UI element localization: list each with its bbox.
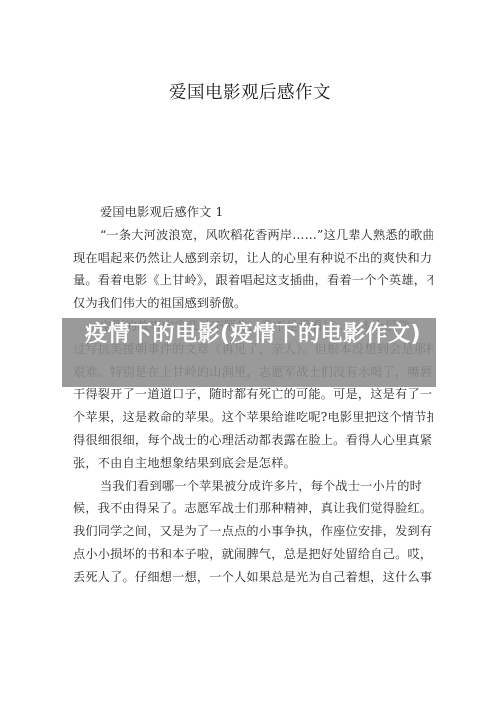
text-line: 得很细很细，每个战士的心理活动都表露在脸上。看得人心里真紧 <box>73 429 433 452</box>
text-line: 个苹果，这是救命的苹果。这个苹果给谁吃呢?电影里把这个情节拍 <box>73 406 433 429</box>
text-line: 丢死人了。仔细想一想，一个人如果总是光为自己着想，这什么事 <box>73 566 433 589</box>
overlay-title: 疫情下的电影(疫情下的电影作文) <box>72 320 434 350</box>
text-line: 现在唱起来仍然让人感到亲切，让人的心里有种说不出的爽快和力 <box>73 247 433 270</box>
text-line: 当我们看到哪一个苹果被分成许多片，每个战士一小片的时 <box>73 475 433 498</box>
text-line: 我们同学之间，又是为了一点点的小事争执，作座位安排，发到有 <box>73 520 433 543</box>
text-line: “一条大河波浪宽，风吹稻花香两岸……”这几辈人熟悉的歌曲， <box>73 224 433 247</box>
text-line: 量。看着电影《上甘岭》，跟着唱起这支插曲，看着一个个英雄，不 <box>73 269 433 292</box>
text-line: 点小小损坏的书和本子啦，就闹脾气，总是把好处留给自己。哎， <box>73 543 433 566</box>
text-line: 仅为我们伟大的祖国感到骄傲。 <box>73 292 433 315</box>
document-body: 爱国电影观后感作文 1 “一条大河波浪宽，风吹稻花香两岸……”这几辈人熟悉的歌曲… <box>73 201 433 589</box>
text-line: 候，我不由得呆了。志愿军战士们那种精神，真让我们觉得脸红。 <box>73 497 433 520</box>
document-title: 爱国电影观后感作文 <box>0 79 500 104</box>
text-line: 爱国电影观后感作文 1 <box>73 201 433 224</box>
text-line: 张，不由自主地想象结果到底会是怎样。 <box>73 452 433 475</box>
